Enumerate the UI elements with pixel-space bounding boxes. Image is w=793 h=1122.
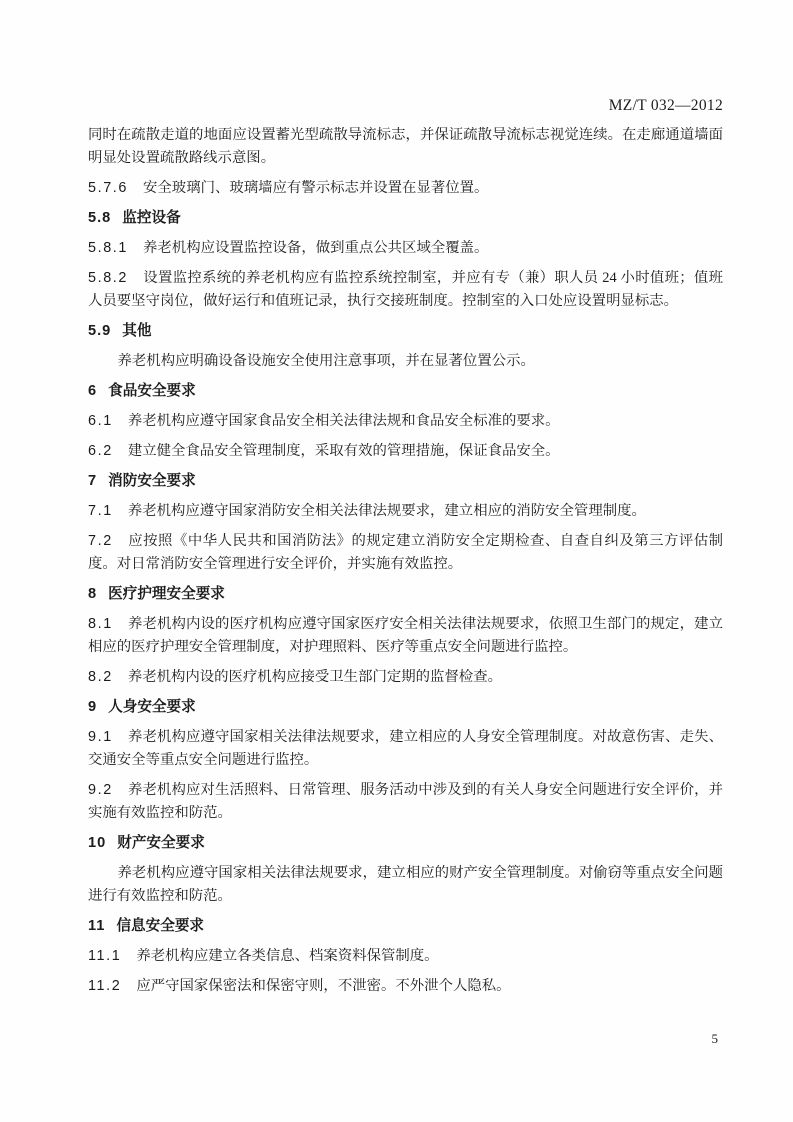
clause-number: 6.2 xyxy=(88,443,113,459)
clause-number: 9.2 xyxy=(88,782,113,798)
page-number: 5 xyxy=(712,1031,719,1046)
section-number: 5.8 xyxy=(88,210,111,226)
heading-text: 食品安全要求 xyxy=(108,383,196,399)
clause-number: 5.7.6 xyxy=(88,180,128,196)
body-paragraph: 同时在疏散走道的地面应设置蓄光型疏散导流标志，并保证疏散导流标志视觉连续。在走廊… xyxy=(88,124,723,170)
section-number: 8 xyxy=(88,586,97,602)
paragraph-text: 养老机构内设的医疗机构应遵守国家医疗安全相关法律法规要求，依照卫生部门的规定，建… xyxy=(88,616,723,655)
heading-text: 其他 xyxy=(122,323,151,339)
heading-text: 信息安全要求 xyxy=(116,918,204,934)
paragraph-text: 养老机构应建立各类信息、档案资料保管制度。 xyxy=(136,948,438,964)
section-number: 9 xyxy=(88,699,97,715)
clause-number: 6.1 xyxy=(88,413,113,429)
clause-paragraph: 5.8.1养老机构应设置监控设备，做到重点公共区域全覆盖。 xyxy=(88,237,723,260)
heading-text: 财产安全要求 xyxy=(117,835,205,851)
clause-number: 11.2 xyxy=(88,978,121,994)
body-paragraph-indented: 养老机构应明确设备设施安全使用注意事项，并在显著位置公示。 xyxy=(88,350,723,373)
clause-paragraph: 5.7.6安全玻璃门、玻璃墙应有警示标志并设置在显著位置。 xyxy=(88,177,723,200)
section-heading: 6食品安全要求 xyxy=(88,380,723,403)
body-paragraph-indented: 养老机构应遵守国家相关法律法规要求，建立相应的财产安全管理制度。对偷窃等重点安全… xyxy=(88,862,723,908)
clause-number: 9.1 xyxy=(88,729,113,745)
clause-paragraph: 9.2养老机构应对生活照料、日常管理、服务活动中涉及到的有关人身安全问题进行安全… xyxy=(88,779,723,825)
clause-number: 7.2 xyxy=(88,533,113,549)
paragraph-text: 安全玻璃门、玻璃墙应有警示标志并设置在显著位置。 xyxy=(143,180,488,196)
clause-paragraph: 8.1养老机构内设的医疗机构应遵守国家医疗安全相关法律法规要求，依照卫生部门的规… xyxy=(88,613,723,659)
clause-number: 8.2 xyxy=(88,669,113,685)
section-heading: 8医疗护理安全要求 xyxy=(88,583,723,606)
clause-paragraph: 11.2应严守国家保密法和保密守则，不泄密。不外泄个人隐私。 xyxy=(88,975,723,998)
clause-paragraph: 5.8.2设置监控系统的养老机构应有监控系统控制室，并应有专（兼）职人员 24 … xyxy=(88,267,723,313)
paragraph-text: 养老机构应对生活照料、日常管理、服务活动中涉及到的有关人身安全问题进行安全评价，… xyxy=(88,782,723,821)
section-number: 6 xyxy=(88,383,97,399)
paragraph-text: 建立健全食品安全管理制度，采取有效的管理措施，保证食品安全。 xyxy=(128,443,560,459)
document-page: MZ/T 032—2012 同时在疏散走道的地面应设置蓄光型疏散导流标志，并保证… xyxy=(0,0,793,1122)
section-heading: 11信息安全要求 xyxy=(88,915,723,938)
clause-paragraph: 7.1养老机构应遵守国家消防安全相关法律法规要求，建立相应的消防安全管理制度。 xyxy=(88,500,723,523)
document-content: MZ/T 032—2012 同时在疏散走道的地面应设置蓄光型疏散导流标志，并保证… xyxy=(88,97,723,1005)
paragraph-text: 应严守国家保密法和保密守则，不泄密。不外泄个人隐私。 xyxy=(136,978,510,994)
paragraph-text: 养老机构应明确设备设施安全使用注意事项，并在显著位置公示。 xyxy=(118,353,535,369)
section-heading: 9人身安全要求 xyxy=(88,696,723,719)
clause-paragraph: 6.1养老机构应遵守国家食品安全相关法律法规和食品安全标准的要求。 xyxy=(88,410,723,433)
paragraph-text: 养老机构应遵守国家相关法律法规要求，建立相应的人身安全管理制度。对故意伤害、走失… xyxy=(88,729,723,768)
heading-text: 医疗护理安全要求 xyxy=(108,586,225,602)
standard-number: MZ/T 032—2012 xyxy=(609,97,723,114)
paragraph-text: 应按照《中华人民共和国消防法》的规定建立消防安全定期检查、自查自纠及第三方评估制… xyxy=(88,533,723,572)
clause-number: 11.1 xyxy=(88,948,121,964)
clause-paragraph: 8.2养老机构内设的医疗机构应接受卫生部门定期的监督检查。 xyxy=(88,666,723,689)
section-heading: 5.8监控设备 xyxy=(88,207,723,230)
paragraph-text: 养老机构应遵守国家食品安全相关法律法规和食品安全标准的要求。 xyxy=(128,413,560,429)
heading-text: 人身安全要求 xyxy=(108,699,196,715)
clause-paragraph: 11.1养老机构应建立各类信息、档案资料保管制度。 xyxy=(88,945,723,968)
section-number: 11 xyxy=(88,918,105,934)
paragraph-text: 养老机构内设的医疗机构应接受卫生部门定期的监督检查。 xyxy=(128,669,502,685)
paragraph-text: 养老机构应遵守国家消防安全相关法律法规要求，建立相应的消防安全管理制度。 xyxy=(128,503,646,519)
clause-number: 5.8.1 xyxy=(88,240,128,256)
section-number: 10 xyxy=(88,835,106,851)
clause-paragraph: 9.1养老机构应遵守国家相关法律法规要求，建立相应的人身安全管理制度。对故意伤害… xyxy=(88,726,723,772)
heading-text: 消防安全要求 xyxy=(108,473,196,489)
clause-paragraph: 7.2应按照《中华人民共和国消防法》的规定建立消防安全定期检查、自查自纠及第三方… xyxy=(88,530,723,576)
section-number: 5.9 xyxy=(88,323,111,339)
section-number: 7 xyxy=(88,473,97,489)
section-heading: 7消防安全要求 xyxy=(88,470,723,493)
clause-number: 8.1 xyxy=(88,616,113,632)
paragraph-text: 养老机构应设置监控设备，做到重点公共区域全覆盖。 xyxy=(143,240,488,256)
heading-text: 监控设备 xyxy=(122,210,180,226)
paragraph-text: 设置监控系统的养老机构应有监控系统控制室，并应有专（兼）职人员 24 小时值班；… xyxy=(88,270,723,309)
clause-number: 7.1 xyxy=(88,503,113,519)
paragraph-text: 养老机构应遵守国家相关法律法规要求，建立相应的财产安全管理制度。对偷窃等重点安全… xyxy=(88,865,723,904)
clause-paragraph: 6.2建立健全食品安全管理制度，采取有效的管理措施，保证食品安全。 xyxy=(88,440,723,463)
section-heading: 5.9其他 xyxy=(88,320,723,343)
section-heading: 10财产安全要求 xyxy=(88,832,723,855)
paragraph-text: 同时在疏散走道的地面应设置蓄光型疏散导流标志，并保证疏散导流标志视觉连续。在走廊… xyxy=(88,127,723,166)
document-header: MZ/T 032—2012 xyxy=(88,97,723,114)
clause-number: 5.8.2 xyxy=(88,270,128,286)
document-body: 同时在疏散走道的地面应设置蓄光型疏散导流标志，并保证疏散导流标志视觉连续。在走廊… xyxy=(88,124,723,998)
